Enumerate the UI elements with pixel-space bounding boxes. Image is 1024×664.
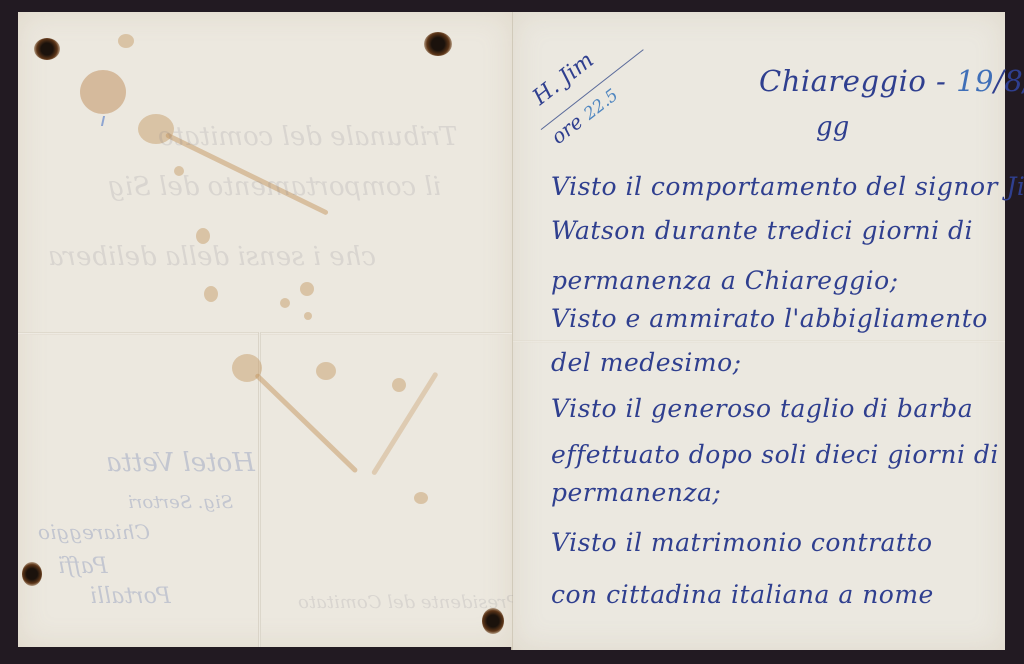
show-through-text: il comportamento del Sig (108, 172, 441, 202)
body-line-5: del medesimo; (551, 348, 742, 377)
margin-note: H. Jim ore 22.5 (505, 10, 661, 163)
burn-hole-bottom-left (22, 562, 42, 586)
show-through-text: Tribunale del comitato (158, 122, 458, 152)
time-value: 22.5 (580, 85, 622, 124)
body-line-9: Visto il matrimonio contratto (551, 528, 933, 557)
show-through-line-3: Chiareggio (38, 520, 150, 544)
date-header: Chiareggio - 19/8/1952 (759, 64, 1024, 98)
date-separator: - (926, 64, 956, 98)
date-month-year: /8/1952 (994, 64, 1024, 98)
ore-label: ore (546, 109, 587, 148)
body-line-8: permanenza; (551, 478, 721, 507)
left-page: Tribunale del comitato il comportamento … (18, 12, 512, 647)
stain-drop (316, 362, 336, 380)
horizontal-fold (18, 332, 512, 335)
stain-drop (414, 492, 428, 504)
body-line-3: permanenza a Chiareggio; (551, 266, 899, 295)
stain-drop (204, 286, 218, 302)
place-name: Chiareggio (759, 64, 926, 98)
show-through-text: che i sensi della delibera (48, 242, 376, 272)
show-through-line-2: Sig. Sertori (128, 492, 233, 513)
right-page: H. Jim ore 22.5 Chiareggio - 19/8/1952 g… (513, 12, 1005, 650)
burn-hole-top-left (34, 38, 60, 60)
date-day: 19 (956, 64, 994, 98)
body-line-2: Watson durante tredici giorni di (551, 216, 973, 245)
horizontal-fold (513, 340, 1005, 343)
stain-drip (254, 373, 358, 474)
header-descender: gg (816, 112, 849, 142)
stain-drop (392, 378, 406, 392)
show-through-line-6: Il Presidente del Comitato (298, 592, 537, 613)
show-through-line-5: Portalli (90, 584, 171, 609)
body-line-1: Visto il comportamento del signor Jim (551, 172, 1024, 201)
show-through-line-4: Paffi (58, 554, 108, 579)
stain-drop (304, 312, 312, 320)
stain-drop (280, 298, 290, 308)
body-line-10: con cittadina italiana a nome (551, 580, 934, 609)
body-line-7: effettuato dopo soli dieci giorni di (551, 440, 999, 469)
burn-hole-top-right (424, 32, 452, 56)
body-line-6: Visto il generoso taglio di barba (551, 394, 973, 423)
show-through-line-1: Hotel Vetta (106, 448, 255, 478)
stain-drop (118, 34, 134, 48)
body-line-4: Visto e ammirato l'abbigliamento (551, 304, 988, 333)
stain-drop (300, 282, 314, 296)
stain-blot (80, 70, 126, 114)
blue-ink-mark (101, 116, 115, 126)
